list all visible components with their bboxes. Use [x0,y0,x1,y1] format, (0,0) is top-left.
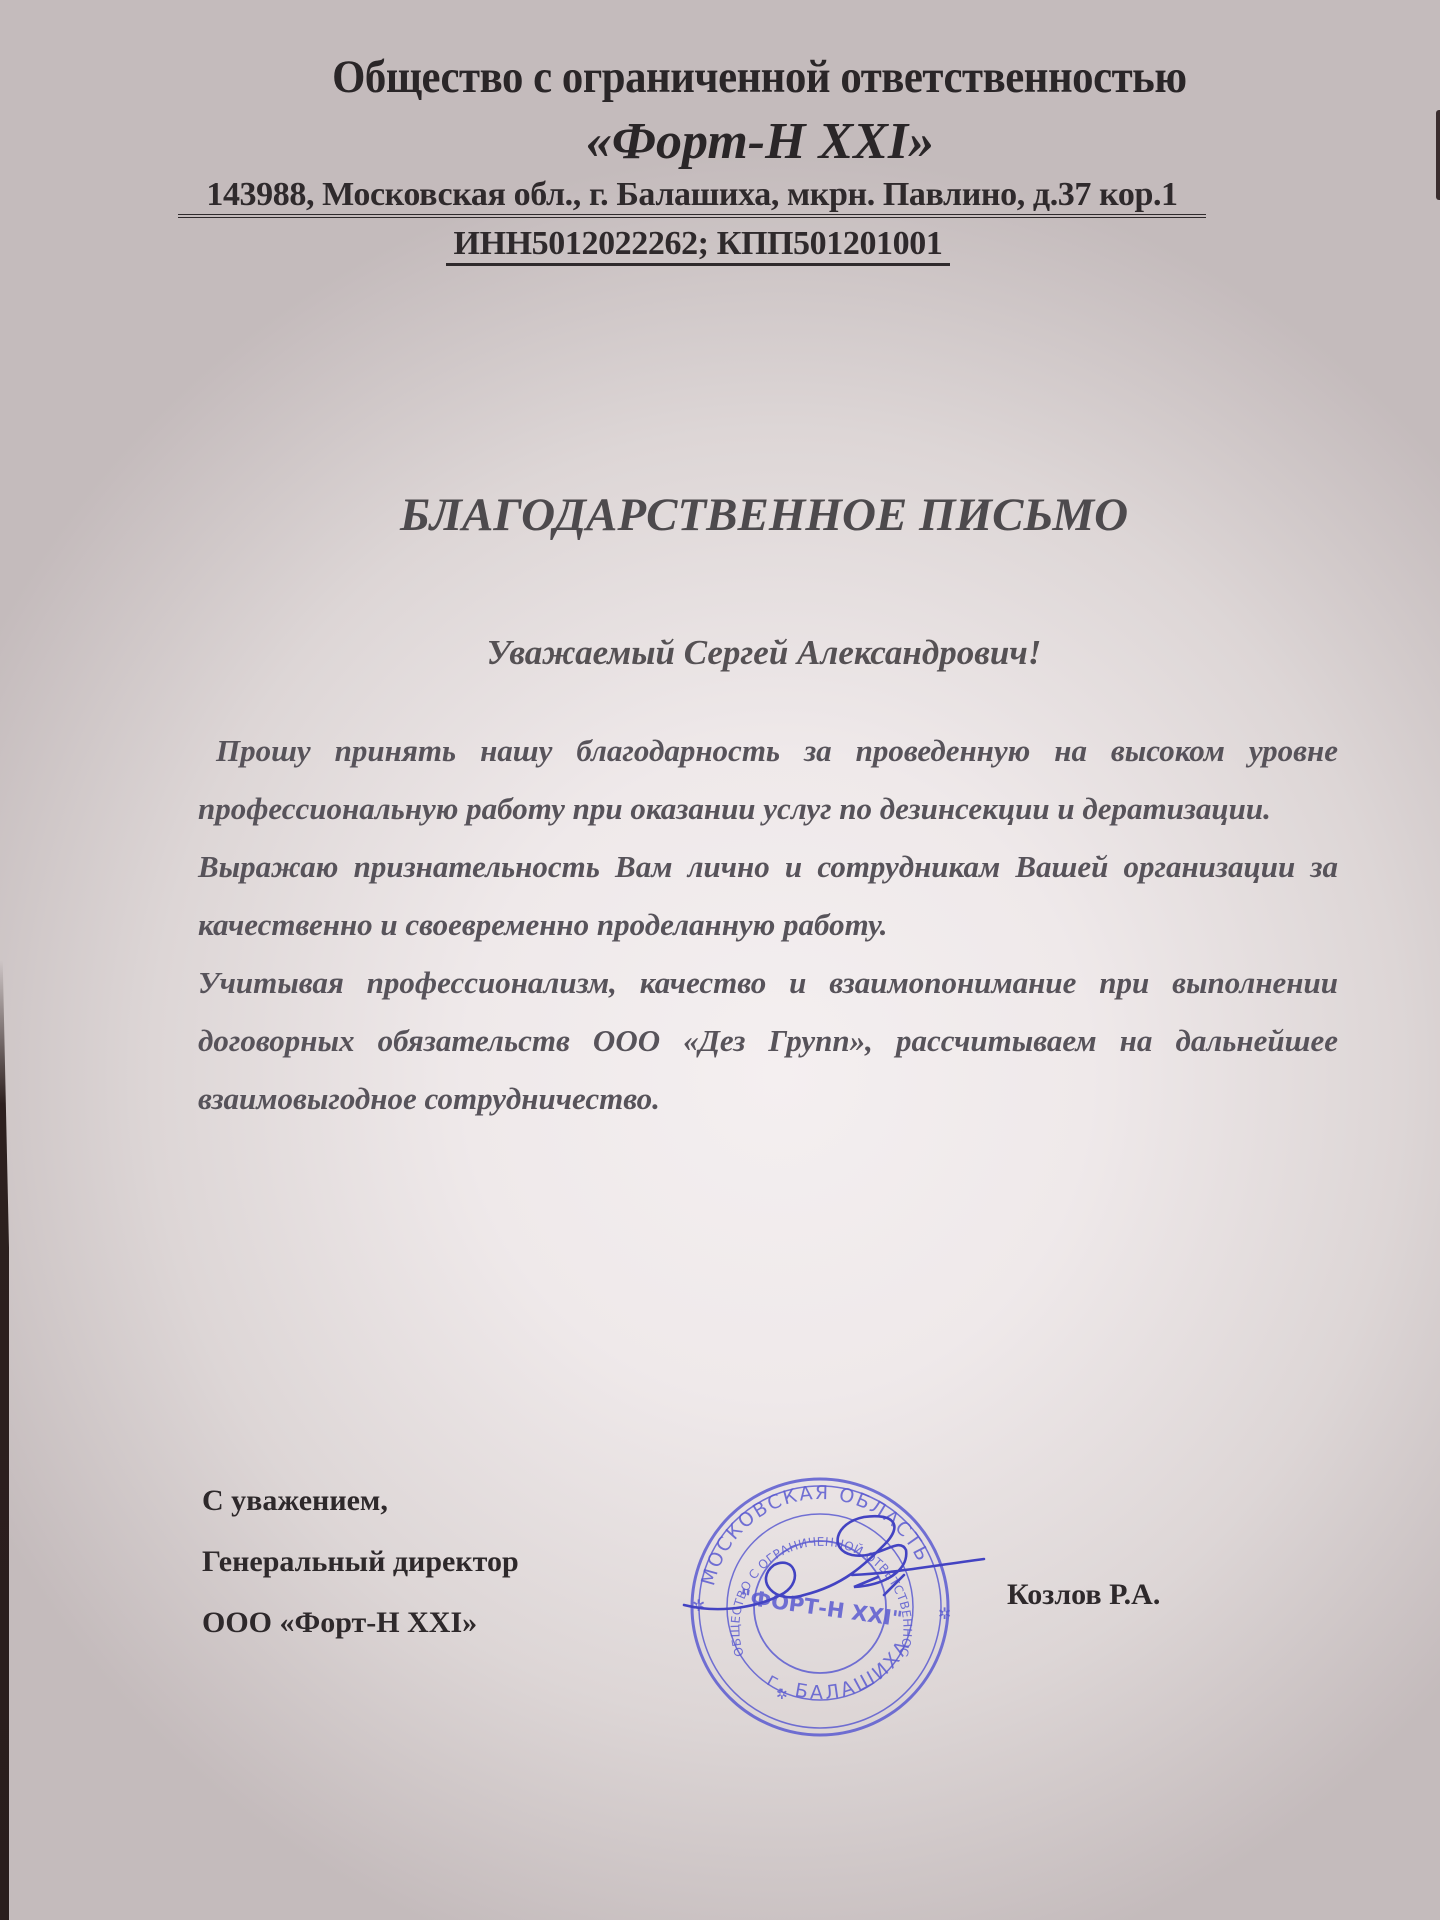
body-paragraph: Выражаю признательность Вам лично и сотр… [198,838,1338,954]
signatory-name: Козлов Р.А. [1007,1578,1160,1612]
stamp-star-icon: ✲ [776,1687,788,1703]
body-paragraph: Прошу принять нашу благодарность за пров… [198,722,1338,838]
letter-body: Прошу принять нашу благодарность за пров… [198,722,1338,1128]
stamp-center-text: "ФОРТ-Н XXI" [738,1585,904,1632]
letterhead-tax-ids: ИНН5012022262; КПП501201001 [446,225,950,266]
signatory-position: Генеральный директор [202,1531,519,1592]
letterhead-org-type: Общество с ограниченной ответственностью [68,50,1440,104]
letterhead-address: 143988, Московская обл., г. Балашиха, мк… [178,176,1206,218]
closing-text: С уважением, [202,1470,519,1531]
company-seal-stamp: МОСКОВСКАЯ ОБЛАСТЬ г. БАЛАШИХА ОБЩЕСТВО … [654,1455,994,1755]
body-paragraph: Учитывая профессионализм, качество и вза… [198,954,1338,1128]
letter-title: БЛАГОДАРСТВЕННОЕ ПИСЬМО [0,488,1440,542]
stamp-star-icon: ✲ [938,1604,951,1623]
stamp-star-icon: ✲ [692,1596,705,1615]
letterhead-org-name: «Форт-Н XXI» [0,112,1440,171]
signatory-company: ООО «Форт-Н XXI» [202,1592,519,1653]
letter-salutation: Уважаемый Сергей Александрович! [0,633,1440,673]
signature-block: С уважением, Генеральный директор ООО «Ф… [202,1470,519,1653]
